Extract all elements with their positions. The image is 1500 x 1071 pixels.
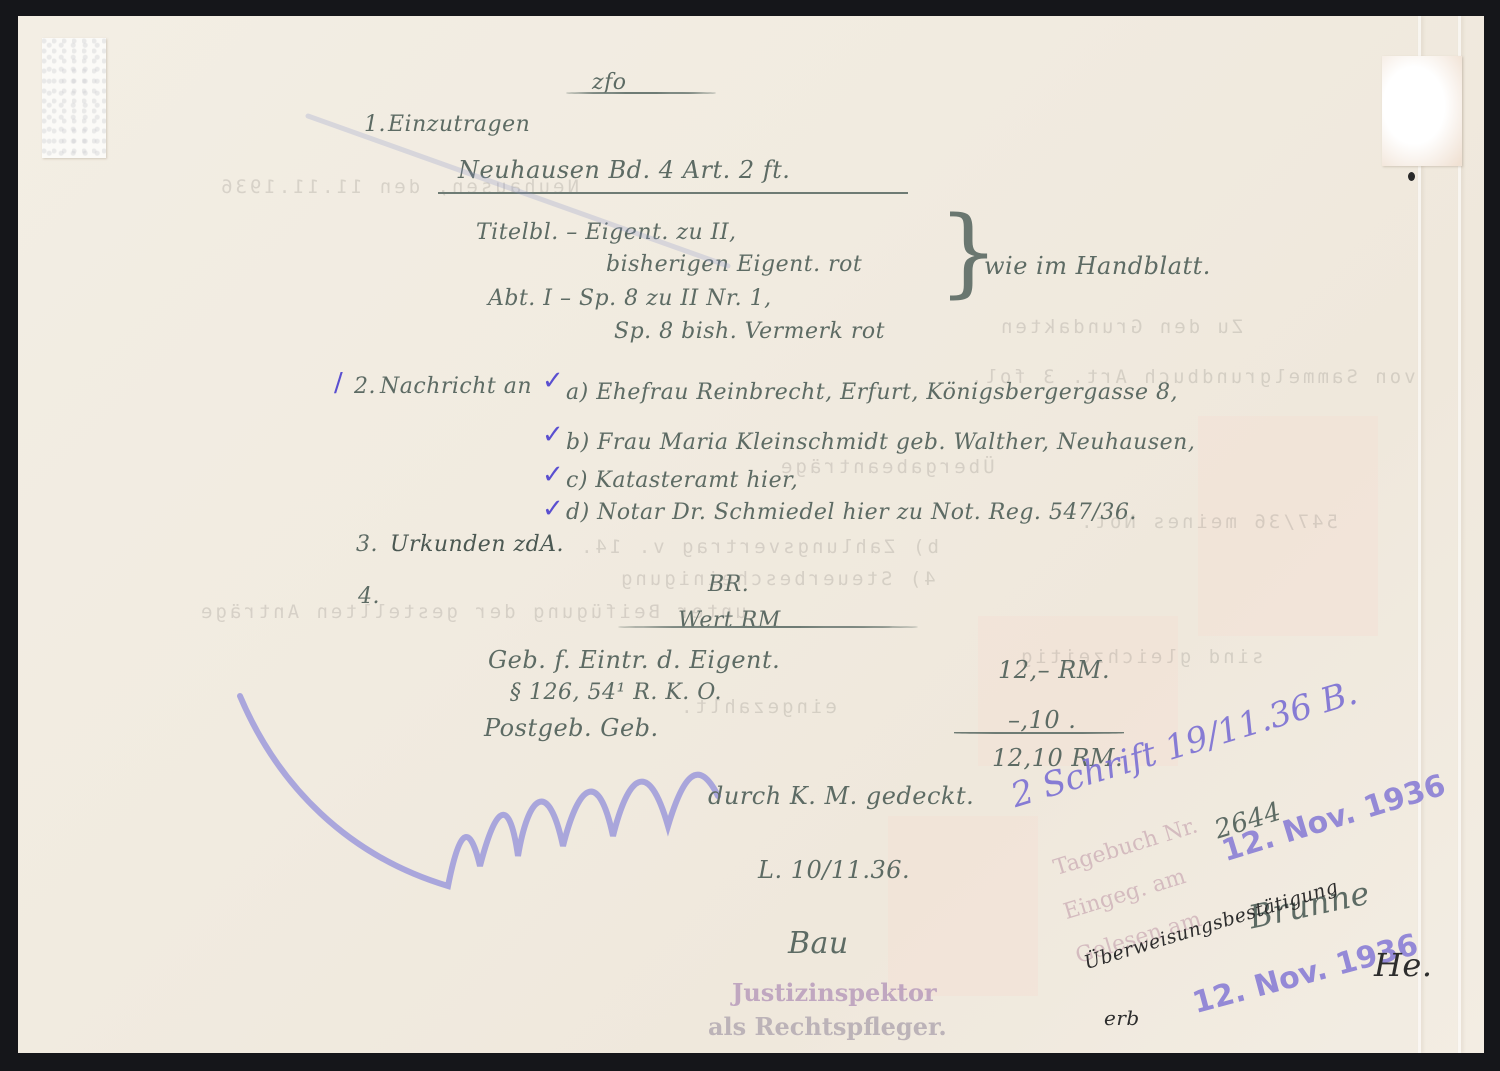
- revenue-stamp-remnant-left: [42, 38, 106, 158]
- check-mark-icon: ✓: [542, 420, 564, 450]
- check-mark-icon: /: [334, 368, 343, 398]
- blue-pencil-scribble: [218, 676, 738, 906]
- fold-line: [1458, 16, 1461, 1053]
- show-through-line: b) Zahlungsvertrag v. 14.: [578, 536, 939, 558]
- stamp-shadow: [888, 816, 1038, 996]
- show-through-line: 4) Steuerbescheinigung: [618, 568, 936, 590]
- item2-number: 2.: [354, 374, 376, 399]
- item2-recipient: d) Notar Dr. Schmiedel hier zu Not. Reg.…: [566, 500, 1137, 525]
- official-stamp-line-2: als Rechtspfleger.: [708, 1012, 947, 1041]
- check-mark-icon: ✓: [542, 494, 564, 524]
- closing-date: L. 10/11.36.: [758, 856, 910, 884]
- header-underline: [566, 92, 716, 94]
- official-stamp-line-1: Justizinspektor: [732, 978, 937, 1007]
- sum-rule: [954, 732, 1124, 734]
- item1-line: Sp. 8 bish. Vermerk rot: [614, 319, 885, 344]
- amount-fee: 12,– RM.: [998, 656, 1110, 684]
- item4-heading-1: BR.: [708, 572, 749, 597]
- fold-line: [1418, 16, 1421, 1053]
- check-mark-icon: ✓: [542, 460, 564, 490]
- document-page: Neuhausen, den 11.11.1936 Zu den Grundak…: [18, 16, 1484, 1053]
- item4-line: Geb. f. Eintr. d. Eigent.: [488, 646, 780, 674]
- closing-note: durch K. M. gedeckt.: [708, 782, 974, 810]
- scan-frame: Neuhausen, den 11.11.1936 Zu den Grundak…: [0, 0, 1500, 1071]
- show-through-line: Zu den Grundakten: [998, 316, 1243, 338]
- show-through-line: Übergabeanträge: [778, 456, 995, 478]
- footer-initials: He.: [1374, 946, 1433, 984]
- item2-recipient: a) Ehefrau Reinbrecht, Erfurt, Königsber…: [566, 380, 1178, 405]
- show-through-line: unter Beifügung der gestellten Anträge: [198, 601, 747, 623]
- item4-heading-2: Wert RM: [678, 608, 781, 633]
- item3-number: 3.: [356, 532, 378, 557]
- item4-number: 4.: [358, 584, 380, 609]
- item3-text: Urkunden zdA.: [390, 532, 564, 557]
- amount-postage: –,10 .: [1008, 706, 1076, 734]
- item1-brace-note: wie im Handblatt.: [984, 252, 1211, 280]
- revenue-stamp-remnant-right: [1382, 56, 1462, 166]
- item2-recipient: b) Frau Maria Kleinschmidt geb. Walther,…: [566, 430, 1195, 455]
- item2-label: Nachricht an: [380, 374, 532, 399]
- signature: Bau: [788, 926, 849, 961]
- item4-heading-rule: [618, 626, 918, 628]
- item1-line: Abt. I – Sp. 8 zu II Nr. 1,: [488, 286, 772, 311]
- check-mark-icon: ✓: [542, 366, 564, 396]
- footer-prefix: erb: [1104, 1006, 1140, 1030]
- item2-recipient: c) Katasteramt hier,: [566, 468, 798, 493]
- blue-pencil-stroke: [298, 96, 738, 276]
- punch-hole: [1408, 172, 1415, 181]
